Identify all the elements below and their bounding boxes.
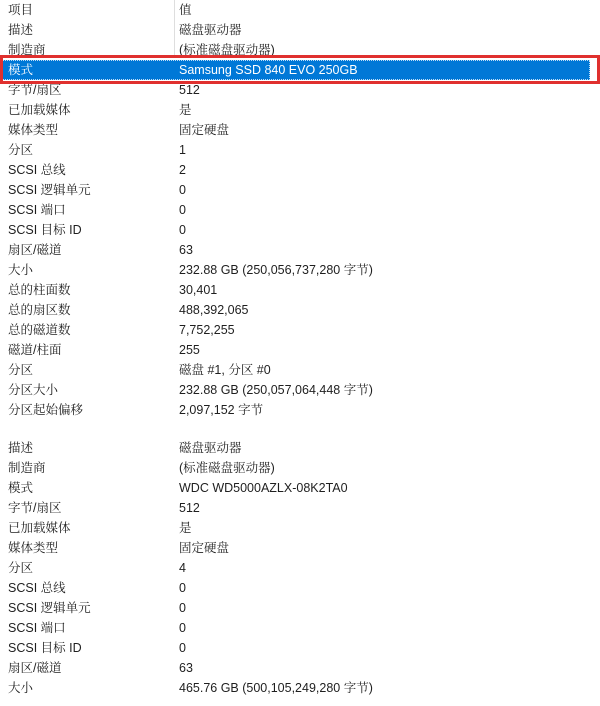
row-label: 已加载媒体 bbox=[8, 518, 71, 538]
table-row[interactable]: 制造商(标准磁盘驱动器) bbox=[0, 458, 600, 478]
row-value: 磁盘驱动器 bbox=[179, 438, 242, 458]
table-row[interactable]: 描述磁盘驱动器 bbox=[0, 20, 600, 40]
row-value: 1 bbox=[179, 140, 186, 160]
row-label: SCSI 目标 ID bbox=[8, 220, 82, 240]
table-row[interactable]: SCSI 目标 ID0 bbox=[0, 220, 600, 240]
row-label: 描述 bbox=[8, 20, 33, 40]
row-label: SCSI 总线 bbox=[8, 578, 66, 598]
column-header-item[interactable]: 项目 bbox=[8, 0, 33, 20]
row-value: 固定硬盘 bbox=[179, 120, 229, 140]
row-label: 分区起始偏移 bbox=[8, 400, 83, 420]
row-value: 0 bbox=[179, 200, 186, 220]
row-label: 分区 bbox=[8, 558, 33, 578]
row-value: 465.76 GB (500,105,249,280 字节) bbox=[179, 678, 373, 698]
row-label: 制造商 bbox=[8, 40, 46, 60]
row-label: 字节/扇区 bbox=[8, 80, 61, 100]
row-label: 分区 bbox=[8, 360, 33, 380]
table-row[interactable]: 分区起始偏移2,097,152 字节 bbox=[0, 400, 600, 420]
table-row[interactable]: 已加载媒体是 bbox=[0, 100, 600, 120]
table-row[interactable]: 总的磁道数7,752,255 bbox=[0, 320, 600, 340]
row-label: 模式 bbox=[8, 478, 33, 498]
row-value: 2 bbox=[179, 160, 186, 180]
row-value: 4 bbox=[179, 558, 186, 578]
row-value: 0 bbox=[179, 578, 186, 598]
row-label: 媒体类型 bbox=[8, 120, 58, 140]
row-label: 总的磁道数 bbox=[8, 320, 71, 340]
table-row[interactable]: SCSI 总线0 bbox=[0, 578, 600, 598]
table-row[interactable]: 总的扇区数488,392,065 bbox=[0, 300, 600, 320]
row-value: 512 bbox=[179, 80, 200, 100]
row-value: 0 bbox=[179, 220, 186, 240]
row-label: 已加载媒体 bbox=[8, 100, 71, 120]
row-label: 描述 bbox=[8, 438, 33, 458]
table-row[interactable]: 媒体类型固定硬盘 bbox=[0, 538, 600, 558]
table-row[interactable]: 总的柱面数30,401 bbox=[0, 280, 600, 300]
row-label: 媒体类型 bbox=[8, 538, 58, 558]
column-header-row: 项目 值 bbox=[0, 0, 600, 20]
table-row[interactable]: 分区1 bbox=[0, 140, 600, 160]
row-value: 63 bbox=[179, 658, 193, 678]
row-value: 7,752,255 bbox=[179, 320, 235, 340]
row-value: 255 bbox=[179, 340, 200, 360]
column-header-value[interactable]: 值 bbox=[179, 0, 192, 20]
table-row[interactable]: SCSI 端口0 bbox=[0, 200, 600, 220]
row-label: 模式 bbox=[8, 60, 33, 80]
row-value: 0 bbox=[179, 618, 186, 638]
table-row[interactable]: 大小465.76 GB (500,105,249,280 字节) bbox=[0, 678, 600, 698]
row-label: 大小 bbox=[8, 260, 33, 280]
table-row[interactable]: 磁道/柱面255 bbox=[0, 340, 600, 360]
row-value: 232.88 GB (250,057,064,448 字节) bbox=[179, 380, 373, 400]
row-value: 2,097,152 字节 bbox=[179, 400, 263, 420]
row-value: 0 bbox=[179, 598, 186, 618]
row-label: 总的柱面数 bbox=[8, 280, 71, 300]
row-label: 制造商 bbox=[8, 458, 46, 478]
table-row[interactable]: SCSI 总线2 bbox=[0, 160, 600, 180]
row-value: 232.88 GB (250,056,737,280 字节) bbox=[179, 260, 373, 280]
row-label: 大小 bbox=[8, 678, 33, 698]
row-value: 512 bbox=[179, 498, 200, 518]
table-row[interactable]: 分区磁盘 #1, 分区 #0 bbox=[0, 360, 600, 380]
table-row[interactable]: 模式WDC WD5000AZLX-08K2TA0 bbox=[0, 478, 600, 498]
table-row[interactable]: 媒体类型固定硬盘 bbox=[0, 120, 600, 140]
row-value: 0 bbox=[179, 180, 186, 200]
row-value: 是 bbox=[179, 518, 192, 538]
row-label: SCSI 总线 bbox=[8, 160, 66, 180]
row-value: (标准磁盘驱动器) bbox=[179, 458, 275, 478]
table-row[interactable]: 字节/扇区512 bbox=[0, 498, 600, 518]
row-value: 63 bbox=[179, 240, 193, 260]
row-value: 是 bbox=[179, 100, 192, 120]
row-value: Samsung SSD 840 EVO 250GB bbox=[179, 60, 358, 80]
row-value: 固定硬盘 bbox=[179, 538, 229, 558]
table-row[interactable]: 字节/扇区512 bbox=[0, 80, 600, 100]
table-row[interactable]: SCSI 逻辑单元0 bbox=[0, 180, 600, 200]
table-row[interactable]: SCSI 端口0 bbox=[0, 618, 600, 638]
row-value: (标准磁盘驱动器) bbox=[179, 40, 275, 60]
table-row[interactable]: 扇区/磁道63 bbox=[0, 240, 600, 260]
row-value: 磁盘 #1, 分区 #0 bbox=[179, 360, 271, 380]
row-label: SCSI 逻辑单元 bbox=[8, 180, 91, 200]
row-label: SCSI 逻辑单元 bbox=[8, 598, 91, 618]
table-row[interactable]: 描述磁盘驱动器 bbox=[0, 438, 600, 458]
row-label: 字节/扇区 bbox=[8, 498, 61, 518]
row-label: 扇区/磁道 bbox=[8, 240, 61, 260]
table-row[interactable]: 大小232.88 GB (250,056,737,280 字节) bbox=[0, 260, 600, 280]
row-label: SCSI 目标 ID bbox=[8, 638, 82, 658]
row-label: SCSI 端口 bbox=[8, 200, 66, 220]
row-label: 分区 bbox=[8, 140, 33, 160]
row-value: 磁盘驱动器 bbox=[179, 20, 242, 40]
table-row[interactable]: 已加载媒体是 bbox=[0, 518, 600, 538]
table-row[interactable]: 制造商(标准磁盘驱动器) bbox=[0, 40, 600, 60]
section-spacer bbox=[0, 420, 600, 438]
row-value: 0 bbox=[179, 638, 186, 658]
row-label: 磁道/柱面 bbox=[8, 340, 61, 360]
table-row-selected[interactable]: 模式Samsung SSD 840 EVO 250GB bbox=[0, 60, 600, 80]
row-label: 扇区/磁道 bbox=[8, 658, 61, 678]
row-label: 总的扇区数 bbox=[8, 300, 71, 320]
row-label: SCSI 端口 bbox=[8, 618, 66, 638]
table-row[interactable]: 分区大小232.88 GB (250,057,064,448 字节) bbox=[0, 380, 600, 400]
disk-details-table: 项目 值 描述磁盘驱动器制造商(标准磁盘驱动器)模式Samsung SSD 84… bbox=[0, 0, 600, 698]
table-row[interactable]: 分区4 bbox=[0, 558, 600, 578]
table-row[interactable]: SCSI 逻辑单元0 bbox=[0, 598, 600, 618]
row-value: WDC WD5000AZLX-08K2TA0 bbox=[179, 478, 348, 498]
row-value: 488,392,065 bbox=[179, 300, 249, 320]
table-row[interactable]: 扇区/磁道63 bbox=[0, 658, 600, 678]
table-row[interactable]: SCSI 目标 ID0 bbox=[0, 638, 600, 658]
row-value: 30,401 bbox=[179, 280, 217, 300]
row-label: 分区大小 bbox=[8, 380, 58, 400]
